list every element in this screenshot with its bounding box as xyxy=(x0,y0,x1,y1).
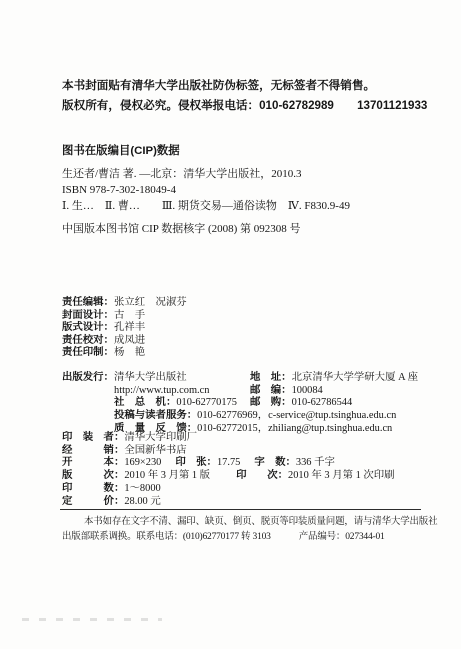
mailorder-value: 010-62786544 xyxy=(292,397,353,408)
anti-piracy-notice: 本书封面贴有清华大学出版社防伪标签，无标签者不得销售。 版权所有，侵权必究。侵权… xyxy=(62,76,427,116)
print-run-value: 1～8000 xyxy=(124,483,160,494)
printer-label: 印 装 者： xyxy=(62,432,124,443)
postcode-value: 100084 xyxy=(292,385,323,396)
edition-label: 版 次： xyxy=(62,470,124,481)
mailorder-label: 邮 购： xyxy=(250,397,292,408)
website-left: http://www.tup.com.cn xyxy=(114,385,209,396)
staff-value: 成凤进 xyxy=(114,335,145,346)
contact-text: 出版部联系调换。联系电话：(010)62770177 转 3103 xyxy=(62,532,271,542)
cip-block: 图书在版编目(CIP)数据 生还者/曹洁 著. —北京：清华大学出版社，2010… xyxy=(62,143,350,237)
publisher-value: 清华大学出版社 xyxy=(114,372,187,383)
publisher-right: 地 址：北京清华大学学研大厦 A 座 xyxy=(250,372,418,385)
publisher-label: 出版发行： xyxy=(62,372,114,383)
postcode-label: 邮 编： xyxy=(250,385,292,396)
wordcount-label: 字 数： xyxy=(254,457,296,468)
cip-isbn: ISBN 978-7-302-18049-4 xyxy=(62,182,350,198)
staff-label: 责任校对： xyxy=(62,335,114,346)
switchboard-left: 社 总 机：010-62770175 xyxy=(114,397,237,408)
cip-title-line: 生还者/曹洁 著. —北京：清华大学出版社，2010.3 xyxy=(62,166,350,182)
book-copyright-page: 本书封面贴有清华大学出版社防伪标签，无标签者不得销售。 版权所有，侵权必究。侵权… xyxy=(0,0,461,649)
staff-row-proofreader: 责任校对：成凤进 xyxy=(62,335,187,348)
print-details-block: 印 装 者：清华大学印刷厂 经 销：全国新华书店 开 本：169×230印 张：… xyxy=(62,432,395,508)
impression-value: 2010 年 3 月第 1 次印刷 xyxy=(288,470,395,481)
printer-value: 清华大学印刷厂 xyxy=(124,432,197,443)
switchboard-value: 010-62770175 xyxy=(176,397,237,408)
staff-value: 古 手 xyxy=(114,310,145,321)
mailorder-right: 邮 购：010-62786544 xyxy=(250,397,352,410)
printer-row: 印 装 者：清华大学印刷厂 xyxy=(62,432,395,445)
switchboard-label: 社 总 机： xyxy=(114,397,176,408)
sheets-label: 印 张： xyxy=(175,457,217,468)
staff-row-cover-design: 封面设计：古 手 xyxy=(62,310,187,323)
staff-label: 责任印制： xyxy=(62,347,114,358)
edition-value: 2010 年 3 月第 1 版 xyxy=(124,470,210,481)
anti-piracy-line-2: 版权所有，侵权必究。侵权举报电话：010-62782989 1370112193… xyxy=(62,96,427,116)
website-row: http://www.tup.com.cn 邮 编：100084 xyxy=(62,385,454,398)
format-label: 开 本： xyxy=(62,457,124,468)
reader-service-value: 010-62776969，c-service@tup.tsinghua.edu.… xyxy=(197,410,396,421)
reader-service-row: 投稿与读者服务：010-62776969，c-service@tup.tsing… xyxy=(62,410,454,423)
format-row: 开 本：169×230印 张：17.75字 数：336 千字 xyxy=(62,457,395,470)
price-value: 28.00 元 xyxy=(124,496,160,507)
staff-block: 责任编辑：张立红 况淑芬 封面设计：古 手 版式设计：孔祥丰 责任校对：成凤进 … xyxy=(62,297,187,360)
sheets-value: 17.75 xyxy=(217,457,240,468)
distributor-value: 全国新华书店 xyxy=(124,445,186,456)
distributor-label: 经 销： xyxy=(62,445,124,456)
print-run-row: 印 数：1～8000 xyxy=(62,483,395,496)
impression-label: 印 次： xyxy=(236,470,288,481)
print-run-label: 印 数： xyxy=(62,483,124,494)
address-value: 北京清华大学学研大厦 A 座 xyxy=(292,372,418,383)
quality-notice-line-1: 本书如存在文字不清、漏印、缺页、倒页、脱页等印装质量问题，请与清华大学出版社 xyxy=(62,515,422,530)
cip-record: 中国版本图书馆 CIP 数据核字 (2008) 第 092308 号 xyxy=(62,221,350,237)
divider-rule xyxy=(60,509,421,510)
scan-artifact xyxy=(22,618,162,621)
price-row: 定 价：28.00 元 xyxy=(62,496,395,509)
staff-row-print-supervisor: 责任印制：杨 艳 xyxy=(62,347,187,360)
quality-notice-line-2: 出版部联系调换。联系电话：(010)62770177 转 3103产品编号：02… xyxy=(62,530,422,545)
publisher-block: 出版发行：清华大学出版社 地 址：北京清华大学学研大厦 A 座 http://w… xyxy=(62,372,454,436)
address-label: 地 址： xyxy=(250,372,292,383)
staff-value: 杨 艳 xyxy=(114,347,145,358)
cip-classification: Ⅰ. 生… Ⅱ. 曹… Ⅲ. 期货交易—通俗读物 Ⅳ. F830.9-49 xyxy=(62,198,350,214)
quality-exchange-notice: 本书如存在文字不清、漏印、缺页、倒页、脱页等印装质量问题，请与清华大学出版社 出… xyxy=(62,515,422,545)
reader-service-left: 投稿与读者服务：010-62776969，c-service@tup.tsing… xyxy=(114,410,396,421)
wordcount-value: 336 千字 xyxy=(296,457,335,468)
switchboard-row: 社 总 机：010-62770175 邮 购：010-62786544 xyxy=(62,397,454,410)
edition-row: 版 次：2010 年 3 月第 1 版印 次：2010 年 3 月第 1 次印刷 xyxy=(62,470,395,483)
publisher-row: 出版发行：清华大学出版社 地 址：北京清华大学学研大厦 A 座 xyxy=(62,372,454,385)
staff-row-layout-design: 版式设计：孔祥丰 xyxy=(62,322,187,335)
reader-service-label: 投稿与读者服务： xyxy=(114,410,197,421)
staff-value: 张立红 况淑芬 xyxy=(114,297,187,308)
product-number: 产品编号：027344-01 xyxy=(299,532,385,542)
staff-label: 责任编辑： xyxy=(62,297,114,308)
staff-value: 孔祥丰 xyxy=(114,322,145,333)
distributor-row: 经 销：全国新华书店 xyxy=(62,445,395,458)
format-value: 169×230 xyxy=(124,457,161,468)
price-label: 定 价： xyxy=(62,496,124,507)
publisher-left: 出版发行：清华大学出版社 xyxy=(62,372,187,383)
staff-label: 封面设计： xyxy=(62,310,114,321)
cip-heading: 图书在版编目(CIP)数据 xyxy=(62,143,350,159)
website-url: http://www.tup.com.cn xyxy=(114,385,209,396)
postcode-right: 邮 编：100084 xyxy=(250,385,323,398)
staff-row-editor: 责任编辑：张立红 况淑芬 xyxy=(62,297,187,310)
staff-label: 版式设计： xyxy=(62,322,114,333)
anti-piracy-line-1: 本书封面贴有清华大学出版社防伪标签，无标签者不得销售。 xyxy=(62,76,427,96)
